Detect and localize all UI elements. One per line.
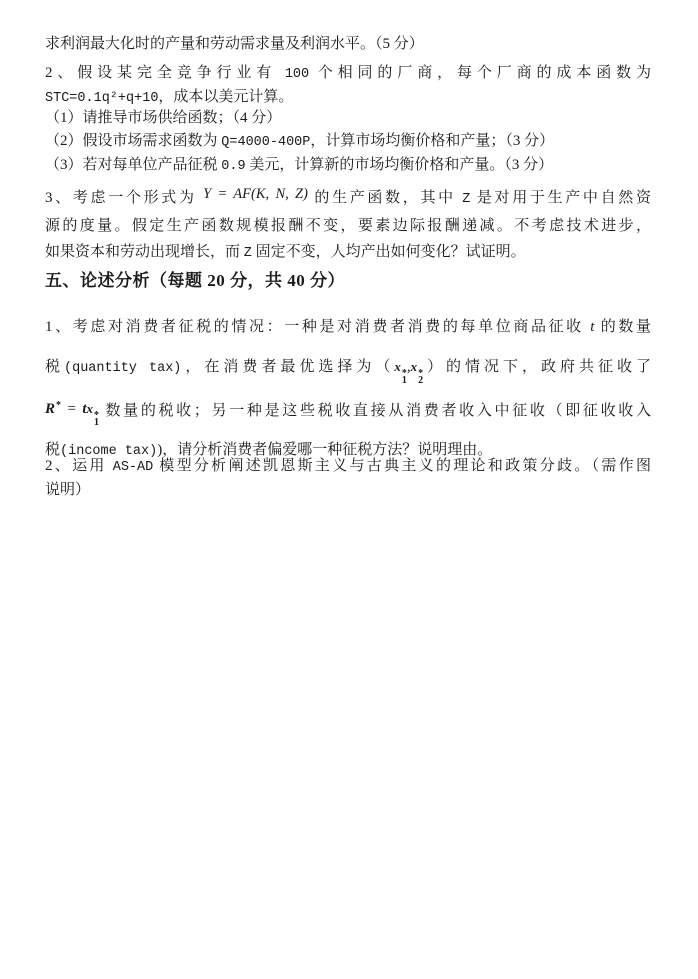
- section-5-heading-text: 五、论述分析（每题 20 分，共 40 分）: [45, 271, 345, 290]
- eq1-line-1: 1、考虑对消费者征税的情况：一种是对消费者消费的每单位商品征收 t 的数量: [45, 308, 651, 347]
- eq2-asad-model-label: AS-AD: [113, 460, 154, 475]
- eq2-lead-text: 2、运用: [45, 458, 113, 474]
- q2-line-1: 2、假设某完全竞争行业有 100 个相同的厂商，每个厂商的成本函数为: [45, 62, 651, 86]
- eq2-line2-text: 说明）: [45, 482, 90, 498]
- q2-cost-function-formula: STC=0.1q²+q+10: [45, 91, 158, 106]
- r-x-base: x: [87, 401, 94, 416]
- q2-firm-count: 100: [285, 67, 309, 82]
- x2-base: x: [411, 359, 418, 374]
- q2-line2-text: ，成本以美元计算。: [158, 89, 293, 105]
- q3-line-3: 如果资本和劳动出现增长，而 Z 固定不变，人均产出如何变化？试证明。: [45, 239, 651, 267]
- q3-z-variable-2: Z: [244, 246, 252, 261]
- eq1-line1-tail-text: 的数量: [594, 319, 651, 335]
- r-base: R: [45, 401, 55, 417]
- eq1-line2-tail-text: ）的情况下，政府共征收了: [423, 359, 651, 375]
- r-x-index: 1: [94, 419, 99, 426]
- q3-production-function-formula: Y = AF(K, N, Z): [203, 186, 308, 202]
- calc-question-3: 3、考虑一个形式为 Y = AF(K, N, Z) 的生产函数，其中 Z 是对用…: [45, 185, 651, 267]
- calc-question-1-tail: 求利润最大化时的产量和劳动需求量及利润水平。（5 分）: [45, 33, 651, 56]
- q3-line3-tail-text: 固定不变，人均产出如何变化？试证明。: [252, 244, 526, 260]
- q3-line2-text: 源的度量。假定生产函数规模报酬不变，要素边际报酬递减。不考虑技术进步，: [45, 218, 651, 234]
- eq1-line-3: R* = tx*1 数量的税收；另一种是这些税收直接从消费者收入中征收（即征收收…: [45, 388, 651, 431]
- eq1-lead-text: 1、考虑对消费者征税的情况：一种是对消费者消费的每单位商品征收: [45, 319, 590, 335]
- q1-tail-text: 求利润最大化时的产量和劳动需求量及利润水平。（5 分）: [45, 36, 424, 52]
- eq2-line-1: 2、运用 AS-AD 模型分析阐述凯恩斯主义与古典主义的理论和政策分歧。（需作图: [45, 455, 651, 479]
- q2-sub3-lead-text: （3）若对每单位产品征税: [45, 157, 221, 173]
- q2-lead-text: 2、假设某完全竞争行业有: [45, 65, 285, 81]
- q2-sub1-text: （1）请推导市场供给函数；（4 分）: [45, 110, 281, 126]
- r-x-supsub: *1: [94, 412, 99, 426]
- q2-sub2-lead-text: （2）假设市场需求函数为: [45, 133, 221, 149]
- eq2-line-2: 说明）: [45, 479, 651, 501]
- calc-question-2: 2、假设某完全竞争行业有 100 个相同的厂商，每个厂商的成本函数为 STC=0…: [45, 62, 651, 110]
- q3-lead-text: 3、考虑一个形式为: [45, 190, 203, 206]
- q2-subquestion-2: （2）假设市场需求函数为 Q=4000-400P，计算市场均衡价格和产量；（3 …: [45, 130, 651, 154]
- section-5-heading: 五、论述分析（每题 20 分，共 40 分）: [45, 268, 651, 294]
- x1-index: 1: [402, 377, 407, 384]
- eq1-x2-variable: x*2: [411, 359, 424, 375]
- eq1-tax-revenue-formula: R* = tx*1: [45, 401, 99, 417]
- q3-line-2: 源的度量。假定生产函数规模报酬不变，要素边际报酬递减。不考虑技术进步，: [45, 213, 651, 239]
- q2-lead-tail-text: 个相同的厂商，每个厂商的成本函数为: [309, 65, 651, 81]
- eq1-tax-char: 税: [45, 359, 64, 375]
- q3-line1-tail-text: 是对用于生产中自然资: [470, 190, 651, 206]
- q2-subquestion-3: （3）若对每单位产品征税 0.9 美元，计算新的市场均衡价格和产量。（3 分）: [45, 154, 651, 178]
- x2-index: 2: [418, 377, 423, 384]
- q2-unit-tax-amount: 0.9: [221, 159, 245, 174]
- eq1-line-2: 税(quantity tax)，在消费者最优选择为（x*1,x*2）的情况下，政…: [45, 347, 651, 388]
- essay-question-1: 1、考虑对消费者征税的情况：一种是对消费者消费的每单位商品征收 t 的数量 税(…: [45, 308, 651, 471]
- r-equals-sign: =: [61, 401, 82, 417]
- q2-subquestion-1: （1）请推导市场供给函数；（4 分）: [45, 107, 651, 130]
- q3-line-1: 3、考虑一个形式为 Y = AF(K, N, Z) 的生产函数，其中 Z 是对用…: [45, 185, 651, 213]
- x1-base: x: [394, 359, 401, 374]
- eq1-x1-variable: x*1: [394, 359, 407, 375]
- essay-question-2: 2、运用 AS-AD 模型分析阐述凯恩斯主义与古典主义的理论和政策分歧。（需作图…: [45, 455, 651, 501]
- eq1-line3-tail-text: 数量的税收；另一种是这些税收直接从消费者收入中征收（即征收收入: [99, 403, 651, 419]
- exam-document-page: 求利润最大化时的产量和劳动需求量及利润水平。（5 分） 2、假设某完全竞争行业有…: [0, 0, 698, 979]
- q2-demand-function-formula: Q=4000-400P: [221, 135, 310, 150]
- q2-sub2-tail-text: ，计算市场均衡价格和产量；（3 分）: [310, 133, 554, 149]
- eq1-line2-mid-text: ，在消费者最优选择为（: [181, 359, 394, 375]
- eq2-line1-tail-text: 模型分析阐述凯恩斯主义与古典主义的理论和政策分歧。（需作图: [153, 458, 651, 474]
- q3-line3-lead-text: 如果资本和劳动出现增长，而: [45, 244, 244, 260]
- eq1-quantity-tax-label: (quantity tax): [64, 361, 181, 376]
- q2-subquestions: （1）请推导市场供给函数；（4 分） （2）假设市场需求函数为 Q=4000-4…: [45, 107, 651, 178]
- q2-sub3-tail-text: 美元，计算新的市场均衡价格和产量。（3 分）: [246, 157, 554, 173]
- q3-mid-text: 的生产函数，其中: [308, 190, 462, 206]
